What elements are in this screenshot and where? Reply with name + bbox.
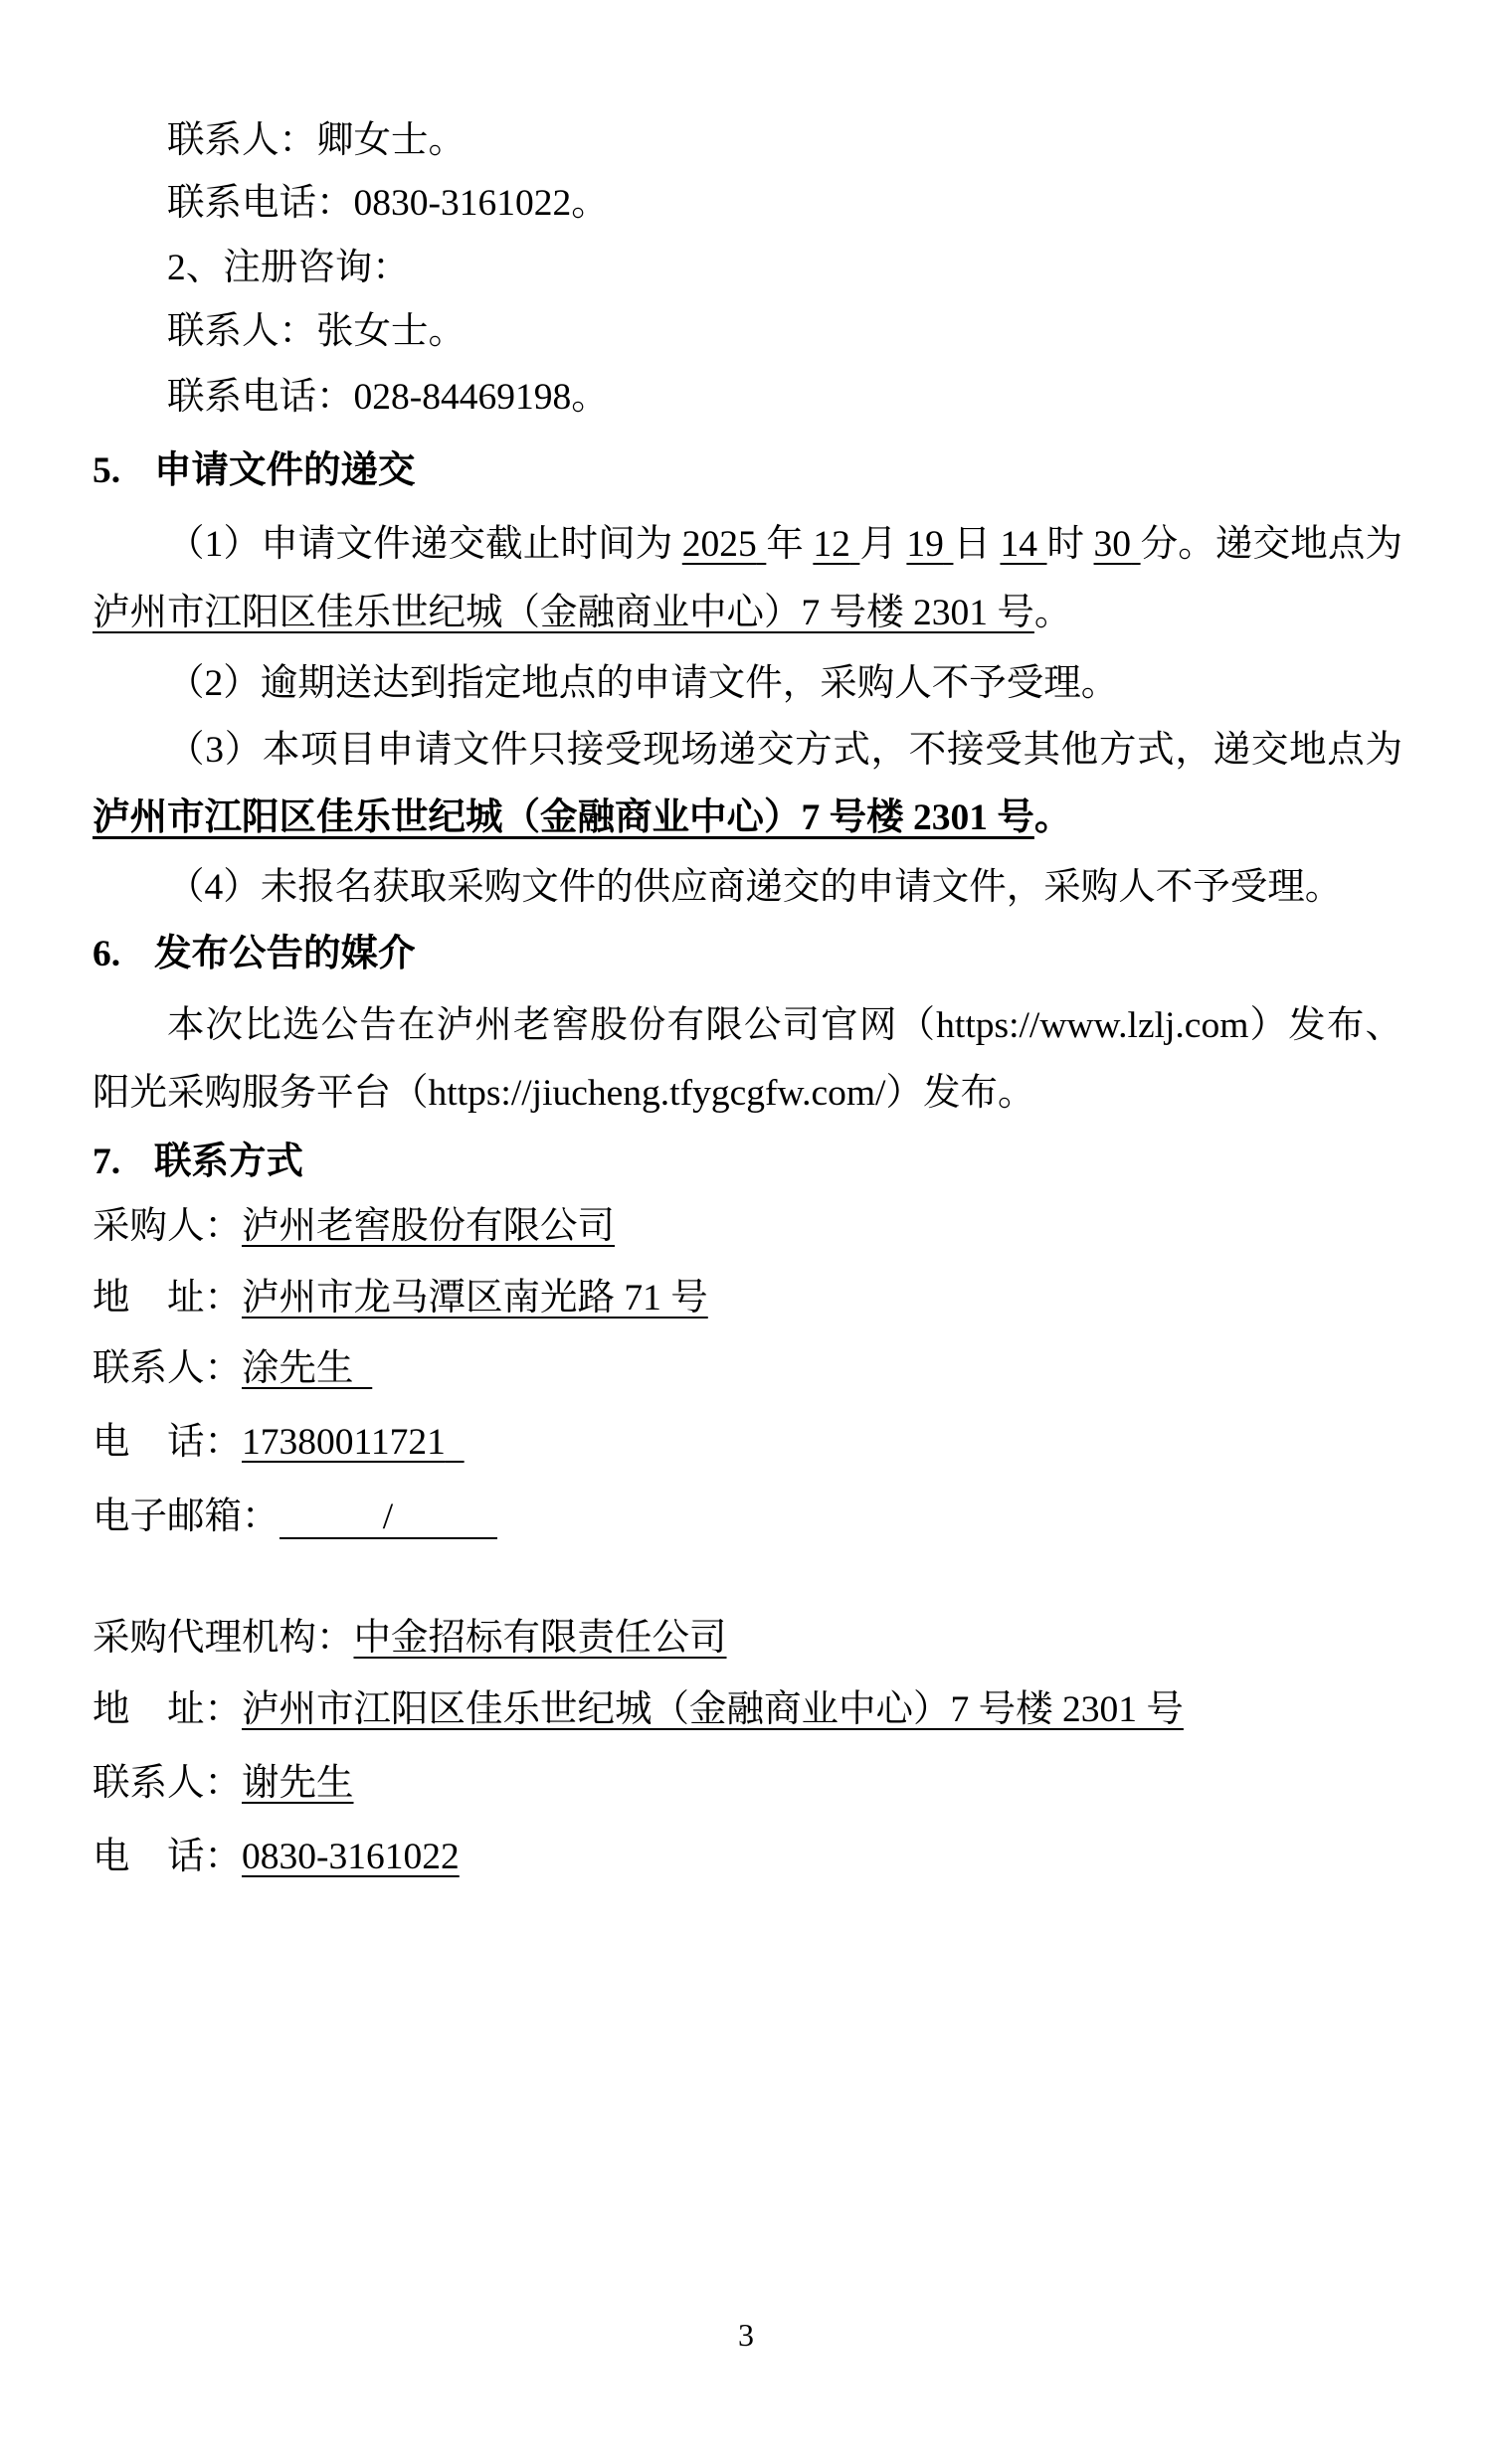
item-3-line: （3）本项目申请文件只接受现场递交方式，不接受其他方式，递交地点为 (93, 726, 1402, 776)
agency-phone-line: 电 话：0830-3161022 (93, 1833, 1402, 1882)
agency-name: 中金招标有限责任公司 (354, 1618, 727, 1659)
sentence-end: 。 (1034, 797, 1072, 838)
agency-contact: 谢先生 (242, 1763, 354, 1804)
item-3-text: （3）本项目申请文件只接受现场递交方式，不接受其他方式，递交地点为 (167, 730, 1402, 771)
media-text-1: 本次比选公告在泸州老窖股份有限公司官网（https://www.lzlj.com… (167, 1005, 1402, 1046)
section-number: 7. (93, 1138, 154, 1187)
item-1-tail-text: 。递交地点为 (1178, 524, 1402, 565)
address-label: 地 址： (93, 1689, 242, 1730)
section-title: 联系方式 (154, 1142, 303, 1182)
purchaser-name: 泸州老窖股份有限公司 (242, 1206, 615, 1247)
purchaser-contact: 涂先生 (242, 1348, 372, 1389)
agency-contact-line: 联系人：谢先生 (93, 1759, 1402, 1809)
deadline-year-unit: 年 (766, 524, 804, 565)
media-text-2: 阳光采购服务平台（https://jiucheng.tfygcgfw.com/）… (93, 1073, 1034, 1114)
contact-phone-line-2: 联系电话：028-84469198。 (93, 373, 1402, 423)
page-number: 3 (0, 2315, 1492, 2355)
deadline-month-unit: 月 (859, 524, 897, 565)
contact-phone-line-1: 联系电话：0830-3161022。 (93, 179, 1402, 229)
contact-phone-label: 联系电话： (167, 183, 354, 224)
contact-phone-label: 联系电话： (167, 377, 354, 418)
agency-address: 泸州市江阳区佳乐世纪城（金融商业中心）7 号楼 2301 号 (242, 1689, 1184, 1730)
section-title: 申请文件的递交 (154, 450, 416, 491)
agency-label: 采购代理机构： (93, 1618, 354, 1659)
deadline-year: 2025 (682, 524, 767, 565)
purchaser-label: 采购人： (93, 1206, 242, 1247)
address-label: 地 址： (93, 1278, 242, 1319)
deadline-hour: 14 (1000, 524, 1046, 565)
purchaser-phone-line: 电 话：17380011721 (93, 1418, 1402, 1468)
purchaser-phone: 17380011721 (242, 1422, 465, 1463)
contact-label: 联系人： (93, 1348, 242, 1389)
sentence-end: 。 (1034, 593, 1072, 633)
item-3-location-line: 泸州市江阳区佳乐世纪城（金融商业中心）7 号楼 2301 号。 (93, 793, 1402, 843)
contact-phone-value: 028-84469198。 (354, 377, 609, 418)
agency-name-line: 采购代理机构：中金招标有限责任公司 (93, 1614, 1402, 1664)
contact-person-line-1: 联系人：卿女士。 (93, 116, 1402, 166)
submission-location: 泸州市江阳区佳乐世纪城（金融商业中心）7 号楼 2301 号 (93, 593, 1034, 633)
deadline-day-unit: 日 (953, 524, 991, 565)
registration-inquiry-text: 2、注册咨询： (167, 248, 410, 288)
purchaser-address: 泸州市龙马潭区南光路 71 号 (242, 1278, 708, 1319)
contact-phone-value: 0830-3161022。 (354, 183, 609, 224)
item-1-lead-text: （1）申请文件递交截止时间为 (167, 524, 672, 565)
purchaser-contact-line: 联系人：涂先生 (93, 1344, 1402, 1394)
registration-inquiry-heading: 2、注册咨询： (93, 244, 1402, 293)
purchaser-email-blank: / (280, 1497, 497, 1539)
purchaser-address-line: 地 址：泸州市龙马潭区南光路 71 号 (93, 1274, 1402, 1323)
item-1-location-line: 泸州市江阳区佳乐世纪城（金融商业中心）7 号楼 2301 号。 (93, 589, 1402, 638)
deadline-minute: 30 (1094, 524, 1141, 565)
section-7-heading: 7.联系方式 (93, 1138, 1402, 1187)
agency-address-line: 地 址：泸州市江阳区佳乐世纪城（金融商业中心）7 号楼 2301 号 (93, 1685, 1402, 1735)
section-6-heading: 6.发布公告的媒介 (93, 930, 1402, 979)
item-2-text: （2）逾期送达到指定地点的申请文件，采购人不予受理。 (167, 663, 1118, 704)
document-page: 联系人：卿女士。 联系电话：0830-3161022。 2、注册咨询： 联系人：… (0, 0, 1492, 2464)
section-5-heading: 5.申请文件的递交 (93, 446, 1402, 496)
contact-person-label: 联系人： (167, 120, 316, 161)
contact-person-value: 卿女士。 (316, 120, 466, 161)
item-4-line: （4）未报名获取采购文件的供应商递交的申请文件，采购人不予受理。 (93, 863, 1402, 913)
contact-label: 联系人： (93, 1763, 242, 1804)
contact-person-line-2: 联系人：张女士。 (93, 307, 1402, 357)
email-label: 电子邮箱： (93, 1496, 280, 1537)
section-title: 发布公告的媒介 (154, 934, 416, 974)
item-2-line: （2）逾期送达到指定地点的申请文件，采购人不予受理。 (93, 659, 1402, 709)
agency-phone: 0830-3161022 (242, 1837, 460, 1877)
purchaser-name-line: 采购人：泸州老窖股份有限公司 (93, 1202, 1402, 1252)
item-4-text: （4）未报名获取采购文件的供应商递交的申请文件，采购人不予受理。 (167, 867, 1342, 908)
deadline-day: 19 (906, 524, 953, 565)
deadline-minute-unit: 分 (1141, 524, 1179, 565)
media-line-1: 本次比选公告在泸州老窖股份有限公司官网（https://www.lzlj.com… (93, 1001, 1402, 1051)
phone-label: 电 话： (93, 1837, 242, 1877)
deadline-month: 12 (813, 524, 859, 565)
submission-location-bold: 泸州市江阳区佳乐世纪城（金融商业中心）7 号楼 2301 号 (93, 797, 1034, 838)
purchaser-email-line: 电子邮箱：/ (93, 1493, 1402, 1542)
section-number: 6. (93, 930, 154, 979)
deadline-hour-unit: 时 (1047, 524, 1085, 565)
item-1-deadline-line: （1）申请文件递交截止时间为2025年12月19日14时30分。递交地点为 (93, 520, 1402, 570)
contact-person-value: 张女士。 (316, 311, 466, 352)
purchaser-email: / (383, 1496, 393, 1537)
contact-person-label: 联系人： (167, 311, 316, 352)
section-number: 5. (93, 446, 154, 496)
phone-label: 电 话： (93, 1422, 242, 1463)
media-line-2: 阳光采购服务平台（https://jiucheng.tfygcgfw.com/）… (93, 1069, 1402, 1119)
